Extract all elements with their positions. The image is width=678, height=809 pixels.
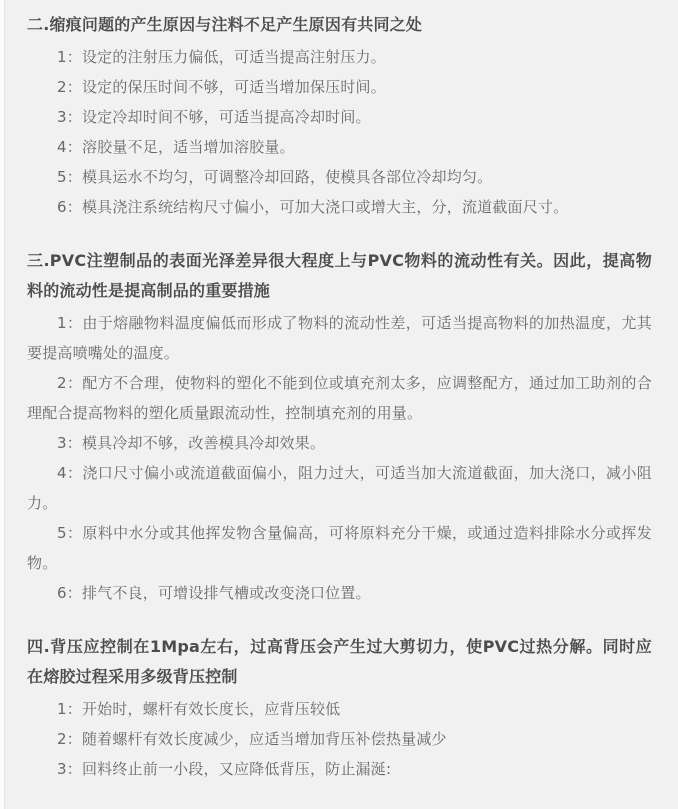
list-item: 6：模具浇注系统结构尺寸偏小，可加大浇口或增大主，分，流道截面尺寸。 bbox=[27, 192, 652, 222]
list-item: 1：开始时，螺杆有效长度长，应背压较低 bbox=[27, 694, 652, 724]
list-item: 3：模具冷却不够，改善模具冷却效果。 bbox=[27, 428, 652, 458]
list-item: 4：溶胶量不足，适当增加溶胶量。 bbox=[27, 132, 652, 162]
list-item: 2：随着螺杆有效长度减少，应适当增加背压补偿热量减少 bbox=[27, 724, 652, 754]
list-item: 3：设定冷却时间不够，可适当提高冷却时间。 bbox=[27, 102, 652, 132]
list-item: 1：设定的注射压力偏低，可适当提高注射压力。 bbox=[27, 42, 652, 72]
list-item: 5：模具运水不均匀，可调整冷却回路，使模具各部位冷却均匀。 bbox=[27, 162, 652, 192]
section-heading: 三.PVC注塑制品的表面光泽差异很大程度上与PVC物料的流动性有关。因此，提高物… bbox=[27, 246, 652, 306]
document-page: 二.缩痕问题的产生原因与注料不足产生原因有共同之处1：设定的注射压力偏低，可适当… bbox=[0, 0, 678, 809]
list-item: 2：设定的保压时间不够，可适当增加保压时间。 bbox=[27, 72, 652, 102]
list-item: 6：排气不良，可增设排气槽或改变浇口位置。 bbox=[27, 578, 652, 608]
section-heading: 四.背压应控制在1Mpa左右，过高背压会产生过大剪切力，使PVC过热分解。同时应… bbox=[27, 632, 652, 692]
list-item: 2：配方不合理，使物料的塑化不能到位或填充剂太多，应调整配方，通过加工助剂的合理… bbox=[27, 368, 652, 428]
article-body: 二.缩痕问题的产生原因与注料不足产生原因有共同之处1：设定的注射压力偏低，可适当… bbox=[0, 0, 678, 784]
list-item: 3：回料终止前一小段，又应降低背压，防止漏涎: bbox=[27, 754, 652, 784]
list-item: 5：原料中水分或其他挥发物含量偏高，可将原料充分干燥，或通过造料排除水分或挥发物… bbox=[27, 518, 652, 578]
list-item: 1：由于熔融物料温度偏低而形成了物料的流动性差，可适当提高物料的加热温度，尤其要… bbox=[27, 308, 652, 368]
section-heading: 二.缩痕问题的产生原因与注料不足产生原因有共同之处 bbox=[27, 10, 652, 40]
list-item: 4：浇口尺寸偏小或流道截面偏小，阻力过大，可适当加大流道截面，加大浇口，减小阻力… bbox=[27, 458, 652, 518]
